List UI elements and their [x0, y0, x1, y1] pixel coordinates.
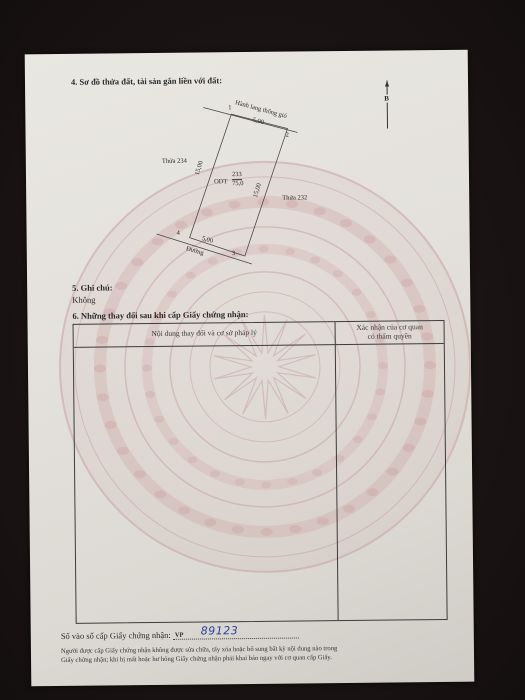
parcel-area: 75,0 — [232, 180, 243, 187]
registry-field: VP 89123 — [173, 627, 299, 639]
notes-value: Không — [72, 295, 95, 305]
registry-number: 89123 — [201, 624, 239, 637]
corner-2: 2 — [286, 132, 289, 139]
certificate-page: 4. Sơ đồ thửa đất, tài sản gắn liền với … — [25, 50, 475, 687]
changes-table: Nội dung thay đổi và cơ sở pháp lý Xác n… — [73, 320, 448, 624]
footnote: Người được cấp Giấy chứng nhận không đượ… — [61, 644, 338, 665]
corner-4: 4 — [177, 230, 180, 237]
parcel-code: ODT — [214, 178, 227, 185]
neighbor-left: Thửa 234 — [162, 158, 187, 165]
neighbor-right: Thửa 232 — [282, 194, 307, 201]
column-header-changes: Nội dung thay đổi và cơ sở pháp lý — [74, 327, 335, 339]
column-header-confirmation: Xác nhận của cơ quan có thẩm quyền — [336, 322, 444, 341]
section-5-title: 5. Ghi chú: — [72, 282, 112, 292]
corner-3: 3 — [232, 250, 235, 257]
confirmation-cell — [336, 344, 447, 620]
registry-prefix: VP — [175, 632, 184, 639]
registry-label: Số vào sổ cấp Giấy chứng nhận: — [61, 630, 171, 641]
parcel-number: 233 — [232, 171, 242, 180]
section-6-title: 6. Những thay đổi sau khi cấp Giấy chứng… — [72, 309, 248, 321]
column-header-confirmation-line2: có thẩm quyền — [336, 331, 444, 341]
changes-content-cell — [74, 345, 338, 623]
corner-1: 1 — [228, 104, 231, 111]
photo-background: 4. Sơ đồ thửa đất, tài sản gắn liền với … — [0, 0, 525, 700]
